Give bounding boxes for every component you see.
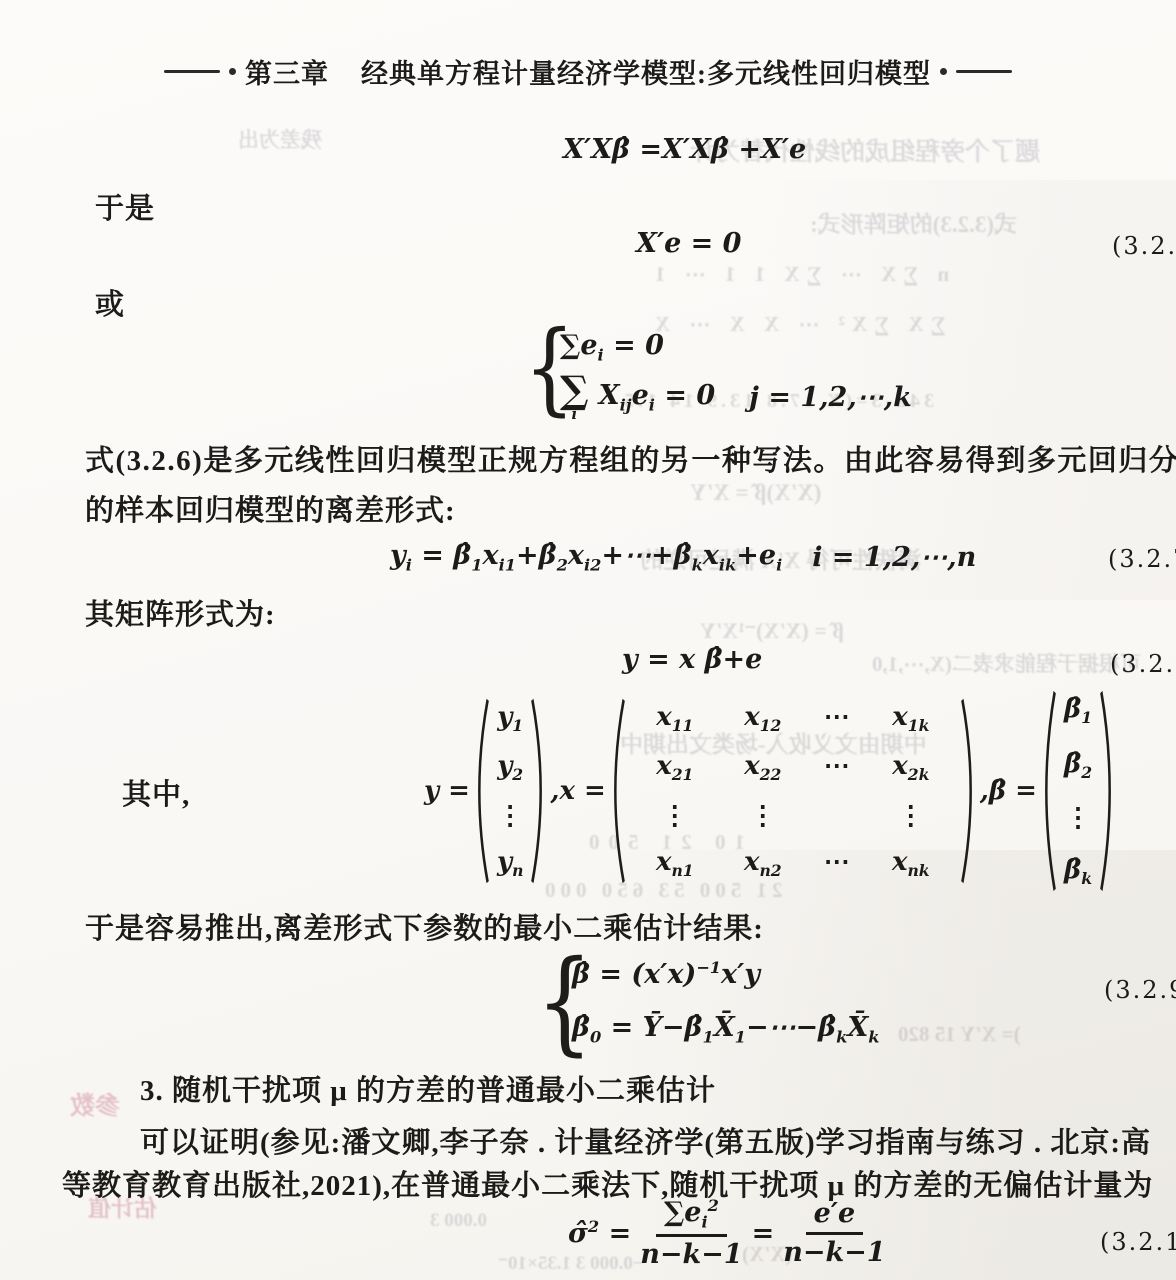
bleed-through-text: n ∑X ⋯ ∑X 1 1 ⋯ 1 [648,262,949,287]
normal-eq-line2: ∑ i Xijei = 0 j = 1,2,⋯,k [560,372,912,422]
normal-eq-line2-body: Xijei = 0 [599,380,716,414]
rule-dot-left [229,68,236,75]
bleed-through-text-pink: 参数 [70,1086,120,1122]
matrix-entry: x2k [892,751,929,784]
fraction-ee: e′e n−k−1 [783,1198,885,1268]
equation-xe-zero: X′e = 0 [636,228,741,259]
sigma-lhs: σ̂2 = [568,1217,631,1249]
matrix-entry: y2 [497,751,523,784]
equation-number-328: (3.2.8) [1110,650,1176,678]
equation-number-3210: (3.2.10) [1100,1228,1176,1256]
vertical-dots: ⋮ [497,801,523,831]
rule-line-right [956,70,1012,73]
bleed-through-text: ∑X ∑X² ⋯ X X ⋯ X [648,312,946,337]
equation-sigma-hat: σ̂2 = ∑ei2 n−k−1 = e′e n−k−1 [568,1196,895,1270]
beta-matrix-label: ,β̂ = [980,776,1037,806]
beta-matrix-entries: β̂1 β̂2 ⋮ β̂k [1058,688,1098,894]
equation-number-327: (3.2.7) [1108,545,1176,573]
ols-eq-line1: β̂ = (x′x)−1x′y [572,958,760,990]
matrix-entry: β̂2 [1064,749,1092,782]
equation-matrix-form: y = x β̂+e [622,644,762,675]
bleed-through-text: 可根据于程能求表二(X,⋯,1,0 [872,648,1141,678]
matrix-entry: ⋯ [824,751,850,784]
left-paren [1043,688,1058,894]
paragraph1-line2: 的样本回归模型的离差形式: [85,488,456,529]
equation-number-329: (3.2.9) [1104,976,1176,1004]
matrix-entry: xn1 [656,847,694,880]
text-matrix-form: 其矩阵形式为: [85,592,276,633]
equation-number-326: (3.2.6) [1112,232,1176,260]
vertical-dots: ⋮ [898,801,924,831]
sigma-symbol: ∑ [560,372,589,408]
y-matrix-entries: y1 y2 ⋮ yn [491,696,529,886]
text-deduce: 于是容易推出,离差形式下参数的最小二乘估计结果: [85,906,764,947]
matrix-entry: ⋯ [824,702,850,735]
rule-line-left [164,70,220,73]
text-huo: 或 [95,282,125,323]
chapter-title: 经典单方程计量经济学模型:多元线性回归模型 [361,52,931,91]
matrix-entry: xnk [892,847,930,880]
matrix-entry: ⋯ [824,847,850,880]
fraction-denominator: n−k−1 [783,1235,885,1268]
chapter-number: 第三章 [245,52,329,91]
normal-eq-line1: ∑ei = 0 [560,330,664,364]
equation-deviation-form: yi = β̂1xi1+β̂2xi2+⋯+β̂kxik+ei i = 1,2,⋯… [390,540,976,574]
sum-with-underscript: ∑ i [560,372,589,422]
left-paren [612,696,627,886]
right-paren [1098,688,1113,894]
bleed-through-text: 残差为出 [238,124,322,154]
matrix-definitions: y = y1 y2 ⋮ yn ,x = x11 x12 ⋯ x1k x21 x2… [118,688,1113,894]
y-matrix-label: y = [424,776,470,806]
bleed-through-text: β̂ = (X′X)⁻¹X′Y [700,618,844,644]
bleed-through-text: 0.000 3 [430,1210,487,1232]
vertical-dots: ⋮ [1065,803,1091,833]
bleed-through-text: (X′X)β̂ = X′Y [690,480,821,506]
paragraph1-line1: 式(3.2.6)是多元线性回归模型正规方程组的另一种写法。由此容易得到多元回归分… [85,438,1176,479]
chapter-running-head: 第三章 经典单方程计量经济学模型:多元线性回归模型 [0,52,1176,91]
equation-normal-identity: X′Xβ̂ =X′Xβ̂ +X′e [563,134,806,165]
right-paren [959,696,974,886]
deviation-eq-cond: i = 1,2,⋯,n [812,542,976,573]
matrix-entry: x11 [656,702,693,735]
rule-dot-right [940,68,947,75]
paragraph2-line1: 可以证明(参见:潘文卿,李子奈 . 计量经济学(第五版)学习指南与练习 . 北京… [140,1120,1151,1161]
matrix-entry: yn [497,847,523,880]
fraction-sum-e2: ∑ei2 n−k−1 [640,1196,742,1270]
scanned-textbook-page: 残差为出 题了个旁程组成的线性代替为计 式(3.2.3)的矩阵形式: n ∑X … [0,0,1176,1280]
x-matrix-label: ,x = [550,776,605,806]
matrix-entry: β̂k [1064,855,1092,888]
section3-heading: 3. 随机干扰项 μ 的方差的普通最小二乘估计 [140,1068,716,1109]
equals-sign: = [752,1218,775,1249]
fraction-numerator: e′e [806,1198,863,1235]
matrix-entry: x22 [744,751,781,784]
vertical-dots: ⋮ [662,801,688,831]
beta-matrix: β̂1 β̂2 ⋮ β̂k [1043,688,1113,894]
x-matrix-entries: x11 x12 ⋯ x1k x21 x22 ⋯ x2k ⋮ ⋮ ⋮ xn1 xn… [627,696,959,886]
x-matrix: x11 x12 ⋯ x1k x21 x22 ⋯ x2k ⋮ ⋮ ⋮ xn1 xn… [612,696,974,886]
matrix-entry: β̂1 [1064,694,1092,727]
matrix-entry: y1 [497,702,523,735]
matrix-entry: x21 [656,751,693,784]
fraction-numerator: ∑ei2 [656,1196,727,1237]
y-matrix: y1 y2 ⋮ yn [476,696,544,886]
deviation-eq-body: yi = β̂1xi1+β̂2xi2+⋯+β̂kxik+ei [390,540,782,574]
bleed-through-text: 式(3.2.3)的矩阵形式: [810,206,1017,239]
ols-eq-line2: β̂0 = Ȳ−β̂1X̄1−⋯−β̂kX̄k [572,1012,880,1046]
matrix-entry: x1k [892,702,929,735]
sum-under-index: i [571,407,577,422]
text-yushi: 于是 [95,186,155,227]
right-paren [529,696,544,886]
fraction-denominator: n−k−1 [640,1237,742,1270]
matrix-entry: xn2 [744,847,782,880]
left-paren [476,696,491,886]
matrix-entry: x12 [744,702,781,735]
vertical-dots: ⋮ [750,801,776,831]
bleed-through-text: )= X′Y 15 820 [898,1022,1021,1047]
normal-eq-line2-cond: j = 1,2,⋯,k [749,382,912,413]
